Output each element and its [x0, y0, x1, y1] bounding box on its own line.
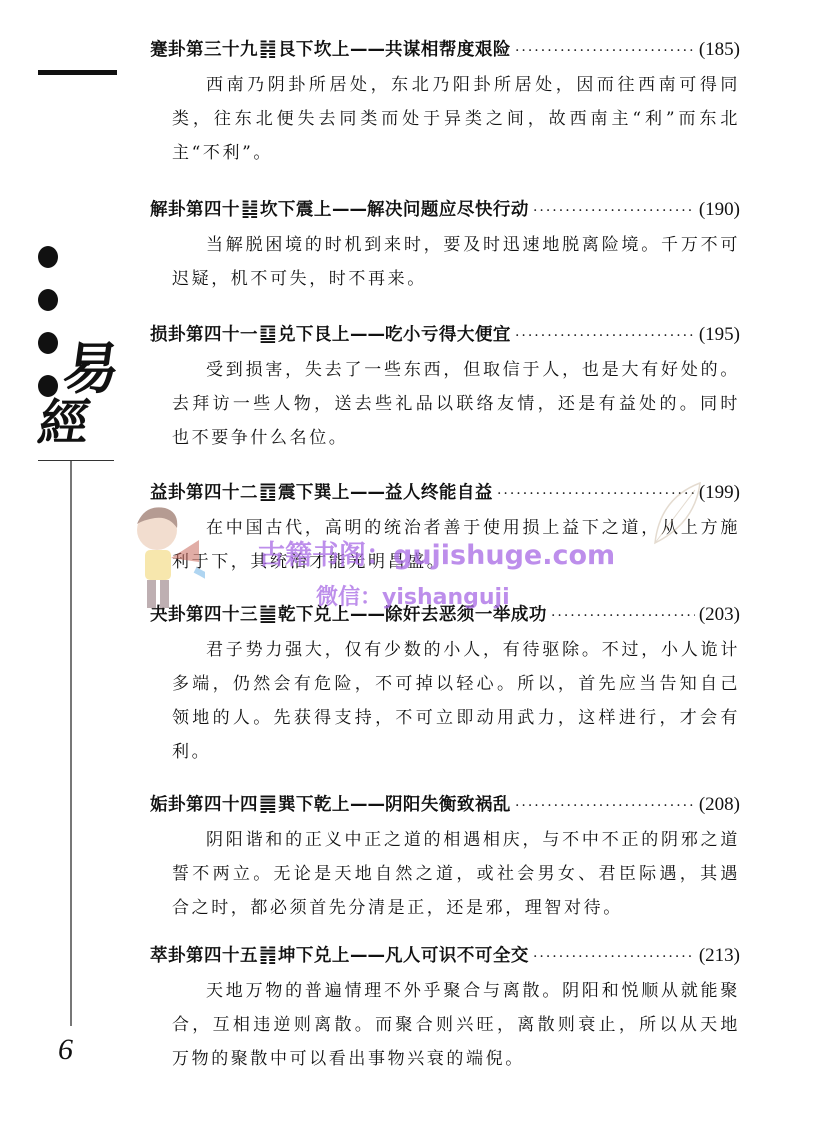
entry-page: (199) — [699, 482, 740, 504]
entry-heading[interactable]: 解卦第四十 ䷧ 坎下震上 —— 解决问题应尽快行动 ··············… — [150, 196, 740, 224]
entry-subtitle: 阴阳失衡致祸乱 — [385, 791, 511, 816]
mascot-icon — [125, 500, 205, 615]
hexagram-icon: ䷧ — [241, 196, 259, 220]
entry-subtitle: 共谋相帮度艰险 — [385, 36, 511, 61]
entry-trigrams: 艮下坎上 — [278, 36, 350, 61]
entry-page: (213) — [699, 945, 740, 967]
entry-dash: —— — [350, 795, 385, 815]
decorative-dot-icon — [38, 246, 58, 268]
toc-entry: 解卦第四十 ䷧ 坎下震上 —— 解决问题应尽快行动 ··············… — [150, 196, 740, 296]
decorative-dot-icon — [38, 289, 58, 311]
dot-leader: ········································… — [515, 43, 695, 59]
entry-name: 损卦第四十一 — [150, 321, 258, 346]
brand-title-char-2: 經 — [34, 383, 97, 455]
entry-page: (185) — [699, 39, 740, 61]
dot-leader: ········································… — [551, 608, 695, 624]
entry-name: 解卦第四十 — [150, 196, 240, 221]
entry-dash: —— — [350, 946, 385, 966]
hexagram-icon: ䷦ — [259, 36, 277, 60]
entry-trigrams: 坎下震上 — [260, 196, 332, 221]
hexagram-icon: ䷫ — [259, 791, 277, 815]
entry-body: 天地万物的普遍情理不外乎聚合与离散。阴阳和悦顺从就能聚合，互相违逆则离散。而聚合… — [150, 974, 740, 1076]
entry-trigrams: 兑下艮上 — [278, 321, 350, 346]
entry-heading[interactable]: 姤卦第四十四 ䷫ 巽下乾上 —— 阴阳失衡致祸乱 ···············… — [150, 791, 740, 819]
entry-body: 当解脱困境的时机到来时，要及时迅速地脱离险境。千万不可迟疑，机不可失，时不再来。 — [150, 228, 740, 296]
entry-page: (208) — [699, 794, 740, 816]
toc-entry: 萃卦第四十五 ䷬ 坤下兑上 —— 凡人可识不可全交 ··············… — [150, 942, 740, 1076]
dot-leader: ········································… — [515, 798, 695, 814]
entry-page: (190) — [699, 199, 740, 221]
entry-heading[interactable]: 萃卦第四十五 ䷬ 坤下兑上 —— 凡人可识不可全交 ··············… — [150, 942, 740, 970]
entry-body: 受到损害，失去了一些东西，但取信于人，也是大有好处的。去拜访一些人物，送去些礼品… — [150, 353, 740, 455]
entry-body: 阴阳谐和的正义中正之道的相遇相庆，与不中不正的阴邪之道誓不两立。无论是天地自然之… — [150, 823, 740, 925]
entry-heading[interactable]: 蹇卦第三十九 ䷦ 艮下坎上 —— 共谋相帮度艰险 ···············… — [150, 36, 740, 64]
entry-dash: —— — [332, 200, 367, 220]
entry-dash: —— — [350, 325, 385, 345]
watermark-site: 古籍书阁：gujishuge.com — [258, 533, 615, 572]
entry-dash: —— — [350, 40, 385, 60]
entry-name: 姤卦第四十四 — [150, 791, 258, 816]
watermark-wechat: 微信：yishanguji — [316, 580, 510, 611]
entry-subtitle: 解决问题应尽快行动 — [367, 196, 529, 221]
top-decorative-rule — [38, 70, 117, 75]
entry-body: 君子势力强大，仅有少数的小人，有待驱除。不过，小人诡计多端，仍然会有危险，不可掉… — [150, 633, 740, 769]
entry-subtitle: 吃小亏得大便宜 — [385, 321, 511, 346]
toc-entry: 夬卦第四十三 ䷪ 乾下兑上 —— 除奸去恶须一举成功 ·············… — [150, 601, 740, 769]
entry-name: 蹇卦第三十九 — [150, 36, 258, 61]
hexagram-icon: ䷩ — [259, 479, 277, 503]
toc-entry: 姤卦第四十四 ䷫ 巽下乾上 —— 阴阳失衡致祸乱 ···············… — [150, 791, 740, 925]
hexagram-icon: ䷨ — [259, 321, 277, 345]
hexagram-icon: ䷬ — [259, 942, 277, 966]
entry-heading[interactable]: 损卦第四十一 ䷨ 兑下艮上 —— 吃小亏得大便宜 ···············… — [150, 321, 740, 349]
leaf-decoration-icon — [650, 478, 705, 548]
toc-entry: 蹇卦第三十九 ䷦ 艮下坎上 —— 共谋相帮度艰险 ···············… — [150, 36, 740, 170]
entry-body: 西南乃阴卦所居处，东北乃阳卦所居处，因而往西南可得同类，往东北便失去同类而处于异… — [150, 68, 740, 170]
toc-entry: 损卦第四十一 ䷨ 兑下艮上 —— 吃小亏得大便宜 ···············… — [150, 321, 740, 455]
entry-page: (203) — [699, 604, 740, 626]
vertical-margin-rule — [70, 461, 72, 1026]
entry-dash: —— — [350, 483, 385, 503]
mid-decorative-rule — [38, 460, 114, 461]
book-title-calligraphy: 易 經 — [40, 325, 120, 465]
hexagram-icon: ䷪ — [259, 601, 277, 625]
entry-subtitle: 益人终能自益 — [385, 479, 493, 504]
dot-leader: ········································… — [515, 328, 695, 344]
entry-page: (195) — [699, 324, 740, 346]
entry-subtitle: 凡人可识不可全交 — [385, 942, 529, 967]
dot-leader: ········································… — [533, 203, 695, 219]
entry-trigrams: 震下巽上 — [278, 479, 350, 504]
page-number: 6 — [58, 1033, 73, 1067]
entry-name: 萃卦第四十五 — [150, 942, 258, 967]
dot-leader: ········································… — [533, 949, 695, 965]
entry-trigrams: 巽下乾上 — [278, 791, 350, 816]
entry-trigrams: 坤下兑上 — [278, 942, 350, 967]
